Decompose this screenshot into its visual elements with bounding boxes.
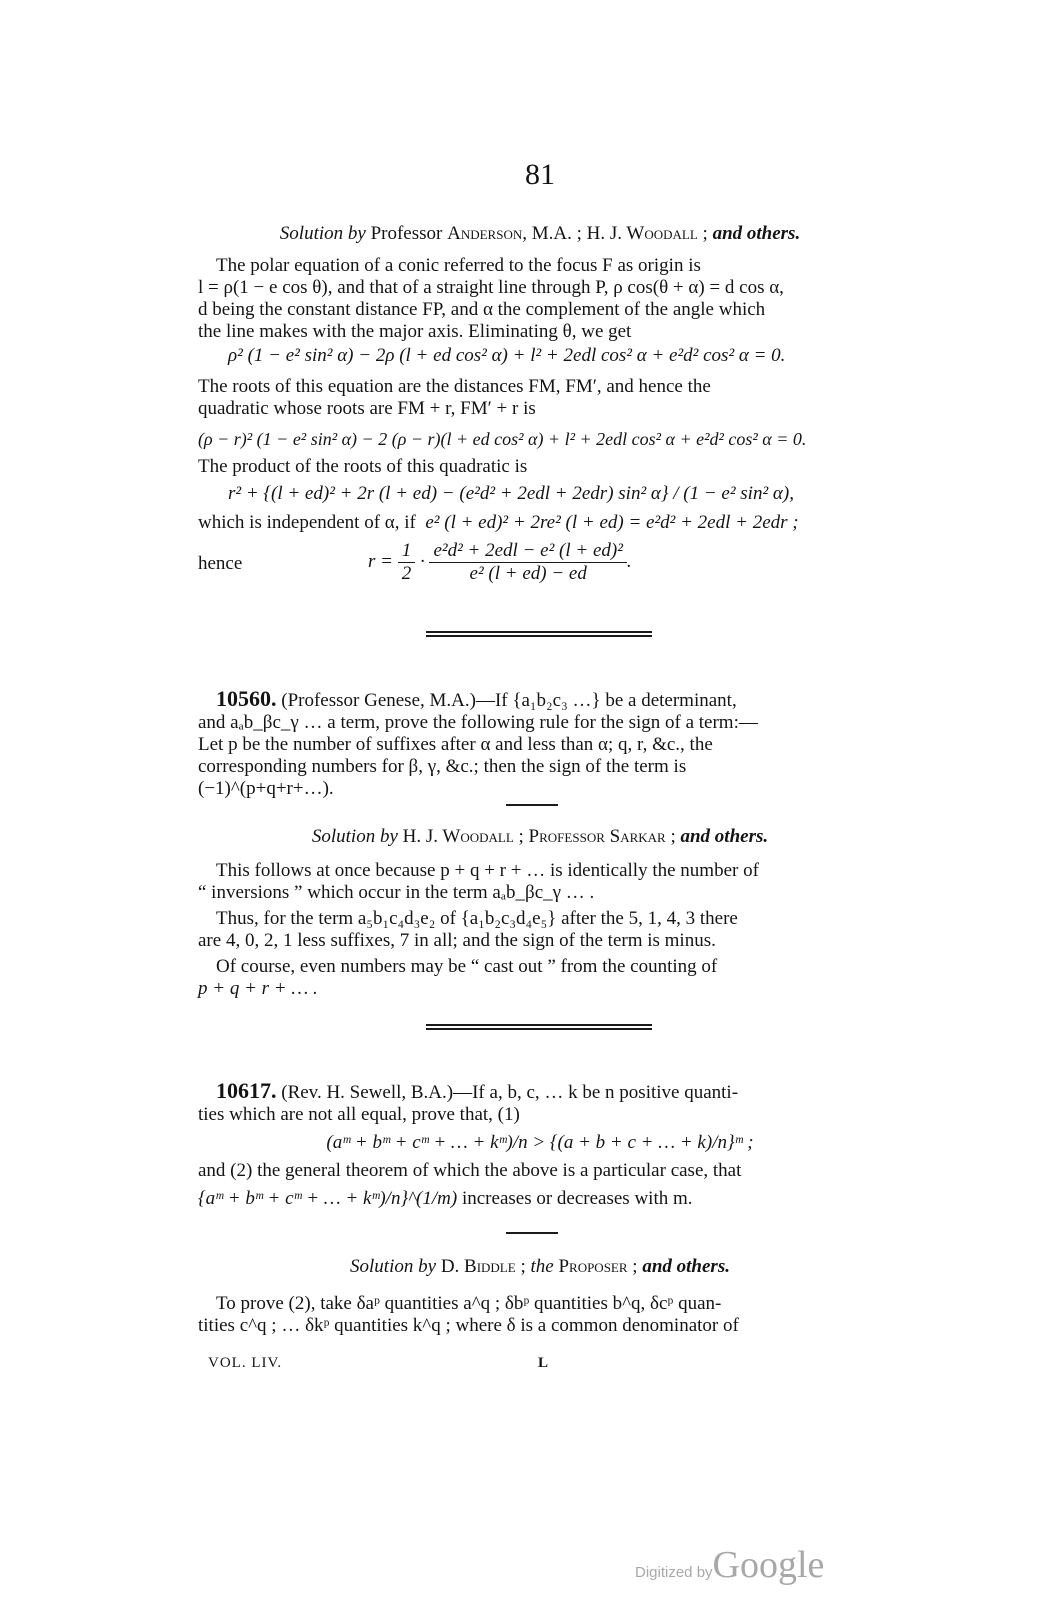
denominator: e² (l + ed) − ed — [429, 563, 626, 585]
equation: ρ² (1 − e² sin² α) − 2ρ (l + ed cos² α) … — [198, 345, 912, 367]
solution-suffix: and others. — [642, 1256, 730, 1277]
section-divider — [426, 1024, 652, 1030]
text: which is independent of α, if — [198, 512, 416, 533]
text-line: ties which are not all equal, prove that… — [198, 1104, 882, 1126]
numerator: 1 — [398, 540, 416, 563]
text-line: p + q + r + … . — [198, 978, 882, 1000]
paragraph: This follows at once because p + q + r +… — [198, 860, 882, 1000]
text-line: Thus, for the term a₅b₁c₄d₃e₂ of {a₁b₂c₃… — [198, 908, 882, 930]
solvers: H. J. Woodall ; Professor Sarkar ; — [403, 826, 676, 847]
text: increases or decreases with m. — [462, 1188, 693, 1209]
text-line: The roots of this equation are the dista… — [198, 376, 882, 398]
equation: (aᵐ + bᵐ + cᵐ + … + kᵐ)/n > {(a + b + c … — [198, 1132, 882, 1154]
text-line: This follows at once because p + q + r +… — [198, 860, 882, 882]
volume-label: VOL. LIV. — [208, 1352, 282, 1374]
paragraph: To prove (2), take δaᵖ quantities a^q ; … — [198, 1293, 882, 1337]
divider — [506, 804, 558, 806]
paragraph: The roots of this equation are the dista… — [198, 376, 882, 420]
equation: e² (l + ed)² + 2re² (l + ed) = e²d² + 2e… — [425, 512, 798, 533]
equation: r² + {(l + ed)² + 2r (l + ed) − (e²d² + … — [198, 483, 912, 505]
text-line: are 4, 0, 2, 1 less suffixes, 7 in all; … — [198, 930, 882, 952]
solution-prefix: Solution by — [350, 1256, 436, 1277]
text-line: {aᵐ + bᵐ + cᵐ + … + kᵐ)/n}^(1/m) increas… — [198, 1188, 882, 1210]
denominator: 2 — [398, 563, 416, 585]
text-line: To prove (2), take δaᵖ quantities a^q ; … — [198, 1293, 882, 1315]
divider — [506, 1232, 558, 1234]
solvers-the: the — [530, 1256, 553, 1277]
solution-prefix: Solution by — [312, 826, 398, 847]
solution-heading-2: Solution by H. J. Woodall ; Professor Sa… — [198, 826, 882, 848]
text-line: and aₐb_βc_γ … a term, prove the followi… — [198, 712, 882, 734]
text-line: d being the constant distance FP, and α … — [198, 299, 882, 321]
text-line: 10560. (Professor Genese, M.A.)—If {a₁b₂… — [198, 688, 882, 712]
text-line: “ inversions ” which occur in the term a… — [198, 882, 882, 904]
text-line: The product of the roots of this quadrat… — [198, 456, 882, 478]
page-number: 81 — [198, 158, 882, 192]
text-line: tities c^q ; … δkᵖ quantities k^q ; wher… — [198, 1315, 882, 1337]
equation: {aᵐ + bᵐ + cᵐ + … + kᵐ)/n}^(1/m) — [198, 1188, 457, 1209]
question-number: 10560. — [216, 686, 277, 711]
watermark-prefix: Digitized by — [635, 1564, 713, 1581]
equation: r = 1 2 · e²d² + 2edl − e² (l + ed)² e² … — [368, 540, 632, 585]
question-10617: 10617. (Rev. H. Sewell, B.A.)—If a, b, c… — [198, 1080, 882, 1210]
solver-title: Professor — [371, 223, 443, 244]
equation: (ρ − r)² (1 − e² sin² α) − 2 (ρ − r)(l +… — [198, 428, 882, 450]
proposer: (Professor Genese, M.A.)—If — [281, 690, 507, 711]
equation-row: hence r = 1 2 · e²d² + 2edl − e² (l + ed… — [198, 540, 882, 590]
solution-suffix: and others. — [713, 223, 801, 244]
solvers: D. Biddle ; — [441, 1256, 526, 1277]
proposer: (Rev. H. Sewell, B.A.)—If a, b, c, … k b… — [281, 1082, 738, 1103]
fraction: 1 2 — [398, 540, 416, 585]
fraction: e²d² + 2edl − e² (l + ed)² e² (l + ed) −… — [429, 540, 626, 585]
question-number: 10617. — [216, 1078, 277, 1103]
google-watermark: Digitized byGoogle — [635, 1543, 824, 1587]
solution-heading-3: Solution by D. Biddle ; the Proposer ; a… — [198, 1256, 882, 1278]
text-line: corresponding numbers for β, γ, &c.; the… — [198, 756, 882, 778]
text-line: Of course, even numbers may be “ cast ou… — [198, 956, 882, 978]
text-line: Let p be the number of suffixes after α … — [198, 734, 882, 756]
solution-heading-1: Solution by Professor Anderson, M.A. ; H… — [198, 223, 882, 245]
text-line: 10617. (Rev. H. Sewell, B.A.)—If a, b, c… — [198, 1080, 882, 1104]
solution-suffix: and others. — [680, 826, 768, 847]
lhs: r = — [368, 551, 393, 572]
text-line: (−1)^(p+q+r+…). — [198, 778, 882, 800]
hence-label: hence — [198, 553, 242, 575]
signature-mark: L — [538, 1352, 549, 1374]
numerator: e²d² + 2edl − e² (l + ed)² — [429, 540, 626, 563]
paragraph: The polar equation of a conic referred t… — [198, 255, 882, 343]
text-line: l = ρ(1 − e cos θ), and that of a straig… — [198, 277, 882, 299]
google-logo: Google — [713, 1544, 825, 1586]
section-divider — [426, 631, 652, 637]
text-line: and (2) the general theorem of which the… — [198, 1160, 882, 1182]
solution-prefix: Solution by — [280, 223, 366, 244]
text-line: quadratic whose roots are FM + r, FM′ + … — [198, 398, 882, 420]
text: {a₁b₂c₃ …} be a determinant, — [512, 690, 736, 711]
question-10560: 10560. (Professor Genese, M.A.)—If {a₁b₂… — [198, 688, 882, 800]
text-line: The polar equation of a conic referred t… — [198, 255, 882, 277]
solver-suffix: , M.A. — [522, 223, 572, 244]
text-line: which is independent of α, if e² (l + ed… — [198, 512, 882, 534]
text-line: the line makes with the major axis. Elim… — [198, 321, 882, 343]
solver-name: H. J. Woodall — [587, 223, 698, 244]
solvers-proposer: Proposer ; — [558, 1256, 637, 1277]
solver-name: Anderson — [447, 223, 522, 244]
